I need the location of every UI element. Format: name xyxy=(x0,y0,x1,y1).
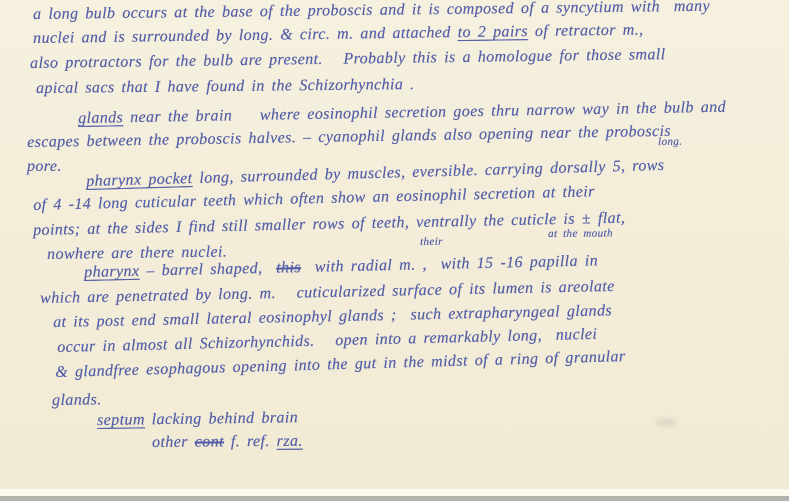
card-bottom-edge xyxy=(0,489,789,496)
handwriting-text: apical sacs that I have found in the Sch… xyxy=(36,76,415,97)
handwriting-line: glands. xyxy=(52,391,102,410)
handwriting-text: with radial m. , with 15 -16 papilla in xyxy=(301,252,599,276)
handwriting-line: a long bulb occurs at the base of the pr… xyxy=(33,0,710,24)
handwriting-text: nowhere are there nuclei. xyxy=(47,243,227,263)
handwriting-line: nuclei and is surrounded by long. & circ… xyxy=(33,21,644,48)
handwriting-text: a long bulb occurs at the base of the pr… xyxy=(33,0,710,23)
handwriting-line: points; at the sides I find still smalle… xyxy=(33,210,625,240)
handwriting-text: lacking behind brain xyxy=(145,409,298,428)
handwriting-line: pore. xyxy=(27,158,62,176)
handwriting-text: pore. xyxy=(27,158,62,175)
handwriting-underlined: rza. xyxy=(277,433,303,450)
handwriting-text: points; at the sides I find still smalle… xyxy=(33,210,625,239)
handwriting-line: other cont f. ref. rza. xyxy=(152,433,303,452)
handwriting-text: glands. xyxy=(52,391,102,409)
handwriting-line: long. xyxy=(658,136,683,148)
handwriting-text: also protractors for the bulb are presen… xyxy=(30,46,666,72)
note-card: a long bulb occurs at the base of the pr… xyxy=(0,0,789,489)
handwriting-line: their xyxy=(420,236,443,248)
handwriting-line: septum lacking behind brain xyxy=(97,409,298,430)
handwriting-underlined: septum xyxy=(97,411,145,429)
handwriting-text: – barrel shaped, xyxy=(139,260,276,280)
handwriting-underlined: pharynx pocket xyxy=(86,170,193,190)
handwriting-text: their xyxy=(420,236,443,248)
handwriting-line: at the mouth xyxy=(548,227,613,240)
handwriting-text: nuclei and is surrounded by long. & circ… xyxy=(33,24,458,47)
handwriting-strikethrough: cont xyxy=(195,433,224,450)
handwriting-text: long. xyxy=(658,136,683,148)
handwriting-line: also protractors for the bulb are presen… xyxy=(30,46,666,73)
handwriting-strikethrough: this xyxy=(276,259,301,277)
paper-smudge xyxy=(655,418,677,427)
handwriting-text: other xyxy=(152,434,195,451)
handwriting-underlined: pharynx xyxy=(84,263,140,281)
handwriting-text: which are penetrated by long. m. cuticul… xyxy=(40,278,615,307)
handwriting-text: near the brain where eosinophil secretio… xyxy=(123,99,726,127)
handwriting-underlined: to 2 pairs xyxy=(458,23,529,41)
handwriting-underlined: glands xyxy=(78,109,123,127)
handwriting-text: of retractor m., xyxy=(528,21,644,40)
handwriting-line: apical sacs that I have found in the Sch… xyxy=(36,76,415,98)
handwriting-text: at the mouth xyxy=(548,227,613,240)
scan-background-strip xyxy=(0,496,789,501)
handwriting-text: f. ref. xyxy=(224,433,277,450)
